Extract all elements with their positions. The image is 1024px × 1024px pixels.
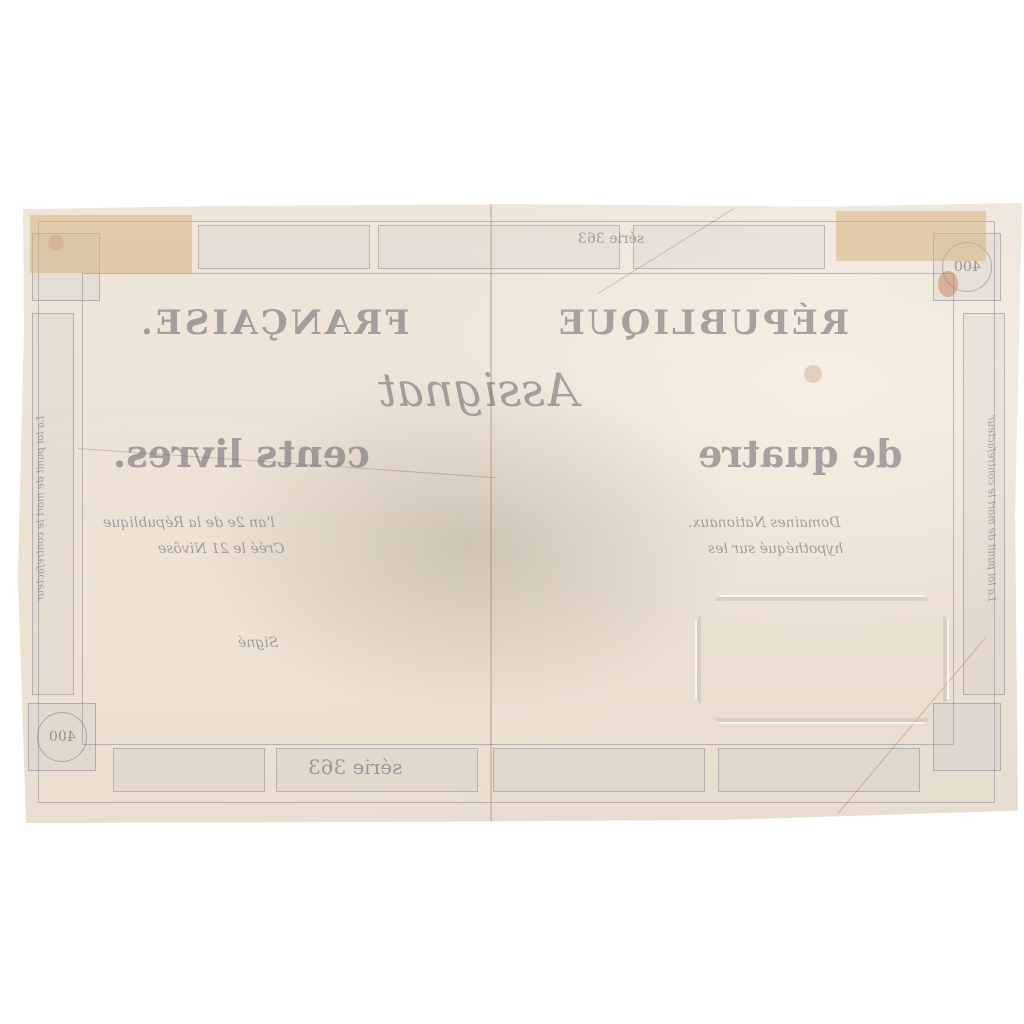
embossed-seal (695, 595, 949, 724)
banknote: 400 400 FRANÇAISE. RÉPUBLIQUE Assignat c… (18, 203, 1022, 823)
legal-left-2: Créé le 21 Nivôse (158, 541, 284, 557)
bottom-band-center (493, 748, 705, 792)
side-text-right: La loi punit de mort le contrefacteur (985, 416, 996, 602)
corner-value-bottom-left: 400 (37, 712, 87, 762)
title-republique: RÉPUBLIQUE (556, 303, 849, 343)
denomination-livres: cents livres. (113, 431, 370, 476)
stain-center (804, 365, 822, 383)
top-band-left (198, 225, 370, 269)
corner-bottom-right (933, 703, 1001, 771)
legal-left-1: l'an 2e de la République (103, 515, 275, 531)
denomination-quatre: de quatre (698, 431, 903, 476)
corner-bottom-left: 400 (28, 703, 96, 771)
tape-top-right (836, 211, 986, 261)
signature: Signé (238, 635, 278, 651)
legal-right-1: Domaines Nationaux. (688, 515, 841, 531)
legal-right-2: hypothéqué sur les (708, 541, 843, 557)
side-text-left: La loi punit de mort le contrefacteur (35, 416, 46, 602)
stain-top-right (938, 271, 958, 297)
vertical-fold (490, 203, 492, 823)
bottom-band-right (718, 748, 920, 792)
serie-bottom: série 363 (308, 755, 402, 779)
stain-left (48, 235, 64, 251)
serie-top: série 363 (578, 231, 644, 247)
top-band-right (633, 225, 825, 269)
title-assignat: Assignat (378, 363, 578, 417)
bottom-band-left (113, 748, 265, 792)
title-francaise: FRANÇAISE. (138, 303, 410, 343)
